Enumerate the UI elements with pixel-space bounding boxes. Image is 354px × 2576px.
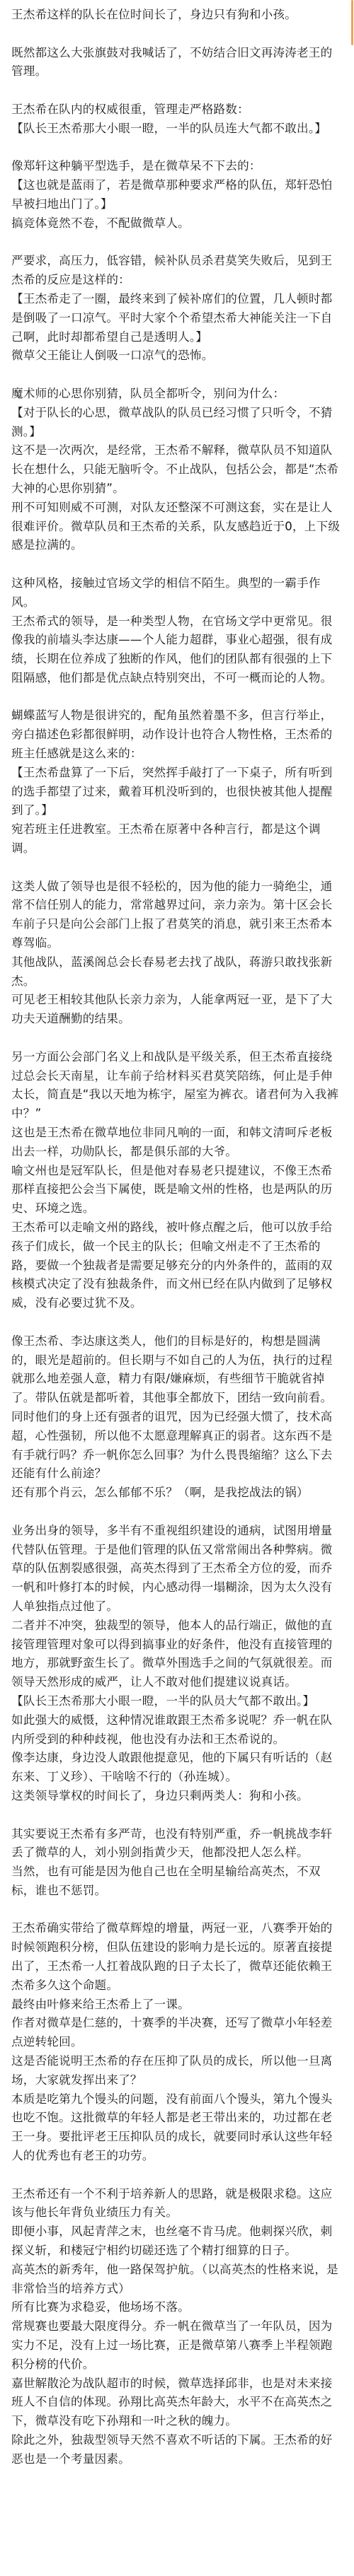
paragraph: 这种风格，接触过官场文学的相信不陌生。典型的一霸手作风。 [11,574,343,612]
paragraph: 魔术师的心思你别猜，队员全都听令，别问为什么： [11,385,343,404]
paragraph: 王杰希这样的队长在位时间长了，身边只有狗和小孩。 [11,6,343,25]
paragraph: 严要求，高压力，低容错，候补队员杀君莫笑失败后，见到王杰希的反应是这样的： [11,252,343,290]
article-section: 这种风格，接触过官场文学的相信不陌生。典型的一霸手作风。王杰希式的领导，是一种类… [11,574,343,688]
paragraph: 王杰希可以走喻文州的路线，被叶修点醒之后，他可以放手给孩子们成长，做一个民主的队… [11,1218,343,1313]
paragraph: 二者并不冲突，独裁型的领导，他本人的品行端正，做他的直接管理管理对象可以得到搞事… [11,1616,343,1692]
paragraph: 王杰希确实带给了微草辉煌的增量，两冠一亚，八赛季开始的时候领跑积分榜，但队伍建设… [11,1919,343,1995]
paragraph: 业务出身的领导，多半有不重视组织建设的通病，试图用增量代替队伍管理。于是他们管理… [11,1522,343,1616]
article-section: 魔术师的心思你别猜，队员全都听令，别问为什么：【对于队长的心思，微草战队的队员已… [11,385,343,555]
paragraph: 最终由叶修来给王杰希上了一课。 [11,1995,343,2015]
article-section: 像王杰希、李达康这类人，他们的目标是好的，构想是圆满的，眼光是超前的。但长期与不… [11,1332,343,1503]
paragraph: 其他战队，蓝溪阁总会长春易老去找了战队，蒋游只敢找张新杰。 [11,953,343,991]
paragraph: 像王杰希、李达康这类人，他们的目标是好的，构想是圆满的，眼光是超前的。但长期与不… [11,1332,343,1408]
paragraph: 【对于队长的心思，微草战队的队员已经习惯了只听令，不猜测。】 [11,404,343,442]
article-section: 这类人做了领导也是很不轻松的，因为他的能力一骑绝尘，通常不信任别人的能力，常常越… [11,878,343,1029]
paragraph: 如此强大的威慑，这种情况谁敢跟王杰希多说呢？乔一帆在队内所受到的种种歧视，他也没… [11,1711,343,1749]
paragraph: 喻文州也是冠军队长，但是他对春易老只提建议，不像王杰希那样直接把公会当下属使，既… [11,1162,343,1218]
article-section: 业务出身的领导，多半有不重视组织建设的通病，试图用增量代替队伍管理。于是他们管理… [11,1522,343,1806]
paragraph: 除此之外，独裁型领导天然不喜欢不听话的下属。王杰希的好恶也是一个考量因素。 [11,2431,343,2469]
paragraph: 这不是一次两次，是经常，王杰希不解释，微草队员不知道队长在想什么，只能无脑听令。… [11,441,343,498]
paragraph: 作者对微草是仁慈的，十赛季的半决赛，还写了微草小年轻差点逆转轮回。 [11,2014,343,2052]
paragraph: 蝴蝶蓝写人物是很讲究的，配角虽然着墨不多，但言行举止，旁白描述色彩都很鲜明，动作… [11,706,343,763]
article-section: 王杰希这样的队长在位时间长了，身边只有狗和小孩。 [11,6,343,25]
paragraph: 这也是王杰希在微草地位非同凡响的一面，和韩文清呵斥老板出去一样，功勋队长，都是俱… [11,1124,343,1162]
paragraph: 王杰希还有一个不利于培养新人的思路，就是极限求稳。这应该与他长年背负业绩压力有关… [11,2185,343,2223]
paragraph: 这是否能说明王杰希的存在压抑了队员的成长，所以他一旦离场，大家就发挥出来了？ [11,2052,343,2090]
paragraph: 同时他们的身上还有强者的诅咒，因为已经强大惯了，技术高超，心性强韧，所以他不太愿… [11,1408,343,1484]
paragraph: 像郑轩这种躺平型选手，是在微草呆不下去的： [11,157,343,176]
paragraph: 刑不可知则威不可测，对队友还整深不可测这套，实在是让人很难评价。微草队员和王杰希… [11,499,343,555]
paragraph: 宛若班主任进教室。王杰希在原著中各种言行，都是这个调调。 [11,820,343,858]
article-section: 王杰希确实带给了微草辉煌的增量，两冠一亚，八赛季开始的时候领跑积分榜，但队伍建设… [11,1919,343,2165]
paragraph: 像李达康，身边没人敢跟他提意见，他的下属只有听话的（赵东来、丁义珍）、干啥啥不行… [11,1749,343,1787]
article-section: 王杰希还有一个不利于培养新人的思路，就是极限求稳。这应该与他长年背负业绩压力有关… [11,2185,343,2469]
paragraph: 高英杰的新秀年，他一路保驾护航。（以高英杰的性格来说，是非常恰当的培养方式） [11,2261,343,2299]
article-section: 既然都这么大张旗鼓对我喊话了，不妨结合旧文再涛涛老王的管理。 [11,44,343,82]
paragraph: 还有那个肖云，怎么郁郁不乐？（啊，是我挖战法的锅） [11,1484,343,1503]
article-body: 王杰希这样的队长在位时间长了，身边只有狗和小孩。既然都这么大张旗鼓对我喊话了，不… [11,6,343,2488]
paragraph: 另一方面公会部门名义上和战队是平级关系，但王杰希直接绕过总会长天南星，让车前子给… [11,1048,343,1124]
paragraph: 本质是吃第九个馒头的问题，没有前面八个馒头，第九个馒头也吃不饱。这批微草的年轻人… [11,2090,343,2166]
paragraph: 【王杰希盘算了一下后，突然挥手敲打了一下桌子，所有听到的选手都望了过来，戴着耳机… [11,764,343,820]
paragraph: 王杰希式的领导，是一种类型人物，在官场文学中更常见。很像我的前墙头李达康——个人… [11,612,343,688]
paragraph: 微草父王能让人倒吸一口凉气的恐怖。 [11,346,343,366]
article-section: 另一方面公会部门名义上和战队是平级关系，但王杰希直接绕过总会长天南星，让车前子给… [11,1048,343,1313]
paragraph: 所有比赛为求稳妥，他场场不落。 [11,2298,343,2317]
paragraph: 【这也就是蓝雨了，若是微草那种要求严格的队伍，郑轩恐怕早被扫地出门了。】 [11,176,343,214]
paragraph: 搞竞体竟然不卷，不配做微草人。 [11,214,343,233]
scrollbar-thumb[interactable] [351,0,353,45]
paragraph: 其实要说王杰希有多严苛，也没有特别严重，乔一帆挑战李轩丢了微草的人，刘小别剑指黄… [11,1825,343,1863]
article-section: 蝴蝶蓝写人物是很讲究的，配角虽然着墨不多，但言行举止，旁白描述色彩都很鲜明，动作… [11,706,343,858]
article-section: 其实要说王杰希有多严苛，也没有特别严重，乔一帆挑战李轩丢了微草的人，刘小别剑指黄… [11,1825,343,1901]
paragraph: 【队长王杰希那大小眼一瞪，一半的队员大气都不敢出。】 [11,1692,343,1711]
paragraph: 当然，也有可能是因为他自己也在全明星输给高英杰，不双标，谁也不惩罚。 [11,1863,343,1901]
paragraph: 【王杰希走了一圈，最终来到了候补席们的位置，几人顿时都是倒吸了一口凉气。平时大家… [11,290,343,346]
paragraph: 这类人做了领导也是很不轻松的，因为他的能力一骑绝尘，通常不信任别人的能力，常常越… [11,878,343,953]
article-section: 王杰希在队内的权威很重，管理走严格路数：【队长王杰希那大小眼一瞪，一半的队员连大… [11,100,343,139]
paragraph: 既然都这么大张旗鼓对我喊话了，不妨结合旧文再涛涛老王的管理。 [11,44,343,82]
paragraph: 这类领导掌权的时间长了，身边只剩两类人：狗和小孩。 [11,1787,343,1806]
paragraph: 王杰希在队内的权威很重，管理走严格路数： [11,100,343,120]
paragraph: 即便小事，风起青萍之末，也丝毫不肯马虎。他刺探兴欣，刺探义斩，和楼冠宁相约切磋还… [11,2222,343,2261]
paragraph: 嘉世解散沦为战队超市的时候，微草选择邱非，也是对未来接班人不自信的体现。孙翔比高… [11,2374,343,2431]
paragraph: 常规赛也要最大限度得分。乔一帆在微草当了一年队员，因为实力不足，没有上过一场比赛… [11,2317,343,2374]
paragraph: 【队长王杰希那大小眼一瞪，一半的队员连大气都不敢出。】 [11,120,343,139]
paragraph: 可见老王相较其他队长亲力亲为，人能拿两冠一亚，是下了大功夫天道酬勤的结果。 [11,991,343,1029]
article-section: 像郑轩这种躺平型选手，是在微草呆不下去的：【这也就是蓝雨了，若是微草那种要求严格… [11,157,343,233]
article-section: 严要求，高压力，低容错，候补队员杀君莫笑失败后，见到王杰希的反应是这样的：【王杰… [11,252,343,366]
